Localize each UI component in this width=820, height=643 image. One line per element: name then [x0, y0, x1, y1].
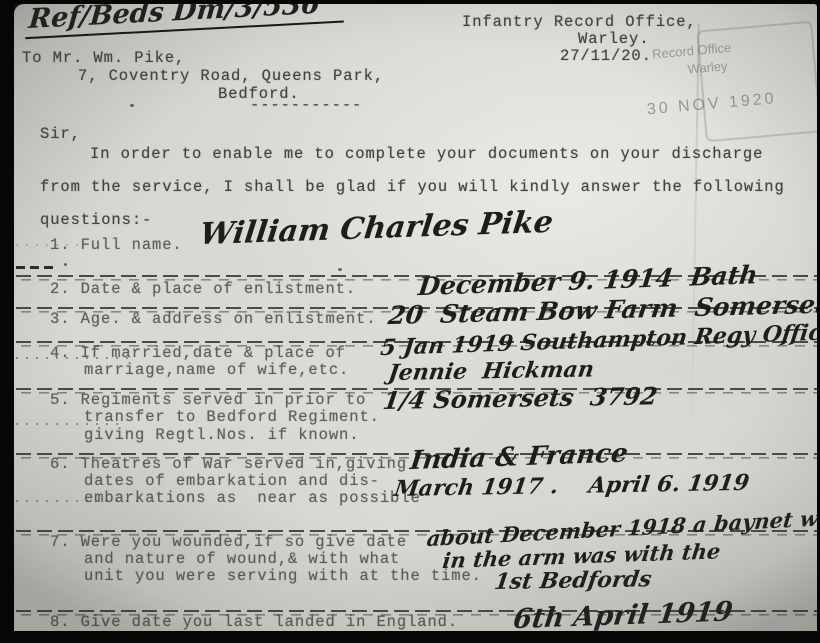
intro-line-1: In order to enable me to complete your d…	[90, 146, 763, 163]
question-5-answer: 1/4 Somersets 3792	[381, 383, 659, 413]
question-6-label-2: dates of embarkation and dis-	[84, 473, 380, 490]
question-5-label-3: giving Regtl.Nos. if known.	[84, 427, 359, 444]
question-2-label: 2. Date & place of enlistment.	[50, 281, 356, 298]
margin-dots	[16, 357, 136, 359]
office-name: Infantry Record Office,	[462, 14, 697, 31]
question-5-label-1: 5. Regiments served in prior to	[50, 392, 366, 409]
question-6-answer-2: March 1917 . April 6. 1919	[393, 472, 751, 501]
question-7-label-3: unit you were serving with at the time.	[84, 568, 482, 585]
intro-line-2: from the service, I shall be glad if you…	[40, 179, 785, 196]
question-4-label-2: marriage,name of wife,etc.	[84, 362, 349, 379]
question-7-answer-3: 1st Bedfords	[493, 568, 653, 594]
speckle	[130, 104, 134, 107]
question-6-label-3: embarkations as near as possible	[84, 490, 421, 507]
office-place: Warley.	[578, 31, 649, 48]
salutation: Sir,	[40, 126, 81, 143]
question-4-label-1: 4. If married,date & place of	[50, 345, 346, 362]
speckle	[64, 263, 67, 266]
question-8-label-pre: 8. Give date you	[50, 613, 223, 631]
margin-dashes	[16, 266, 56, 273]
margin-dots	[16, 500, 146, 502]
question-6-label-1: 6. Theatres of War served in,giving	[50, 456, 407, 473]
question-3-label: 3. Age. & address on enlistment.	[50, 311, 376, 328]
question-7-label-1: 7. Were you wounded,if so give date	[50, 534, 407, 551]
scan-border-left	[0, 0, 14, 643]
question-7-label-2: and nature of wound,& with what	[84, 551, 400, 568]
scan-border-top	[0, 0, 820, 4]
intro-line-3: questions:-	[40, 212, 152, 229]
question-8-label: 8. Give date you last landed in England.	[50, 614, 458, 631]
office-date: 27/11/20.	[560, 48, 652, 65]
question-8-label-post: landed in England.	[264, 613, 458, 631]
question-1-label: 1. Full name.	[50, 237, 183, 254]
scanned-document-page: Ref/Beds Dm/3/536 Infantry Record Office…	[0, 0, 820, 643]
question-4-answer-2: Jennie Hickman	[387, 358, 596, 385]
recipient-to: To Mr. Wm. Pike,	[22, 50, 185, 67]
address-underline: -----------	[250, 97, 362, 114]
question-5-label-2: transfer to Bedford Regiment.	[84, 409, 380, 426]
scan-border-bottom	[0, 631, 820, 643]
speckle	[338, 268, 342, 271]
margin-dots	[16, 423, 126, 425]
recipient-address-1: 7, Coventry Road, Queens Park,	[78, 68, 384, 85]
